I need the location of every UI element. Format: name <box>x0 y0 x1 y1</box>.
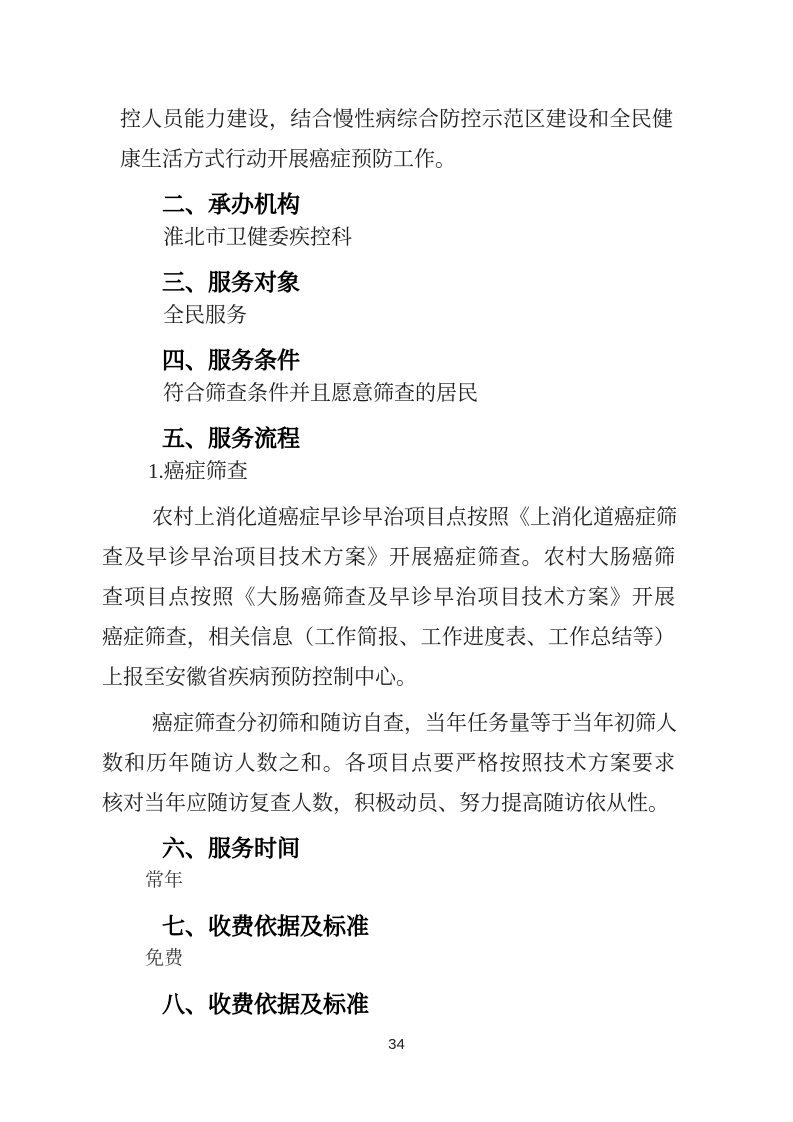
section5-paragraph-2: 癌症筛查分初筛和随访自查，当年任务量等于当年初筛人 数和历年随访人数之和。各项目… <box>102 703 675 823</box>
paragraph-line: 农村上消化道癌症早诊早治项目点按照《上消化道癌症筛 <box>102 497 675 537</box>
paragraph-line: 癌症筛查分初筛和随访自查，当年任务量等于当年初筛人 <box>102 703 675 743</box>
section-body-2: 淮北市卫健委疾控科 <box>163 217 675 257</box>
section5-item-1: 1.癌症筛查 <box>148 451 675 491</box>
section-body-4: 符合筛查条件并且愿意筛查的居民 <box>163 373 675 413</box>
intro-paragraph: 控人员能力建设，结合慢性病综合防控示范区建设和全民健 康生活方式行动开展癌症预防… <box>120 99 673 179</box>
section-heading-7: 七、收费依据及标准 <box>162 913 675 939</box>
page-number: 34 <box>0 1036 793 1053</box>
intro-line: 康生活方式行动开展癌症预防工作。 <box>120 139 673 179</box>
section-body-6: 常年 <box>145 861 675 901</box>
intro-line: 控人员能力建设，结合慢性病综合防控示范区建设和全民健 <box>120 99 673 139</box>
paragraph-line: 数和历年随访人数之和。各项目点要严格按照技术方案要求 <box>102 743 675 783</box>
section-heading-4: 四、服务条件 <box>162 347 675 373</box>
paragraph-line: 查项目点按照《大肠癌筛查及早诊早治项目技术方案》开展 <box>102 577 675 617</box>
paragraph-line: 查及早诊早治项目技术方案》开展癌症筛查。农村大肠癌筛 <box>102 537 675 577</box>
section-body-7: 免费 <box>145 939 675 979</box>
section-body-3: 全民服务 <box>163 295 675 335</box>
paragraph-line: 上报至安徽省疾病预防控制中心。 <box>102 657 675 697</box>
section-heading-8: 八、收费依据及标准 <box>162 991 675 1017</box>
document-page: 控人员能力建设，结合慢性病综合防控示范区建设和全民健 康生活方式行动开展癌症预防… <box>0 0 793 1122</box>
paragraph-line: 核对当年应随访复查人数，积极动员、努力提高随访依从性。 <box>102 783 675 823</box>
section-heading-6: 六、服务时间 <box>162 835 675 861</box>
section5-paragraph-1: 农村上消化道癌症早诊早治项目点按照《上消化道癌症筛 查及早诊早治项目技术方案》开… <box>102 497 675 697</box>
section-heading-5: 五、服务流程 <box>162 425 675 451</box>
paragraph-line: 癌症筛查，相关信息（工作简报、工作进度表、工作总结等） <box>102 617 675 657</box>
section-heading-2: 二、承办机构 <box>162 191 675 217</box>
section-heading-3: 三、服务对象 <box>162 269 675 295</box>
